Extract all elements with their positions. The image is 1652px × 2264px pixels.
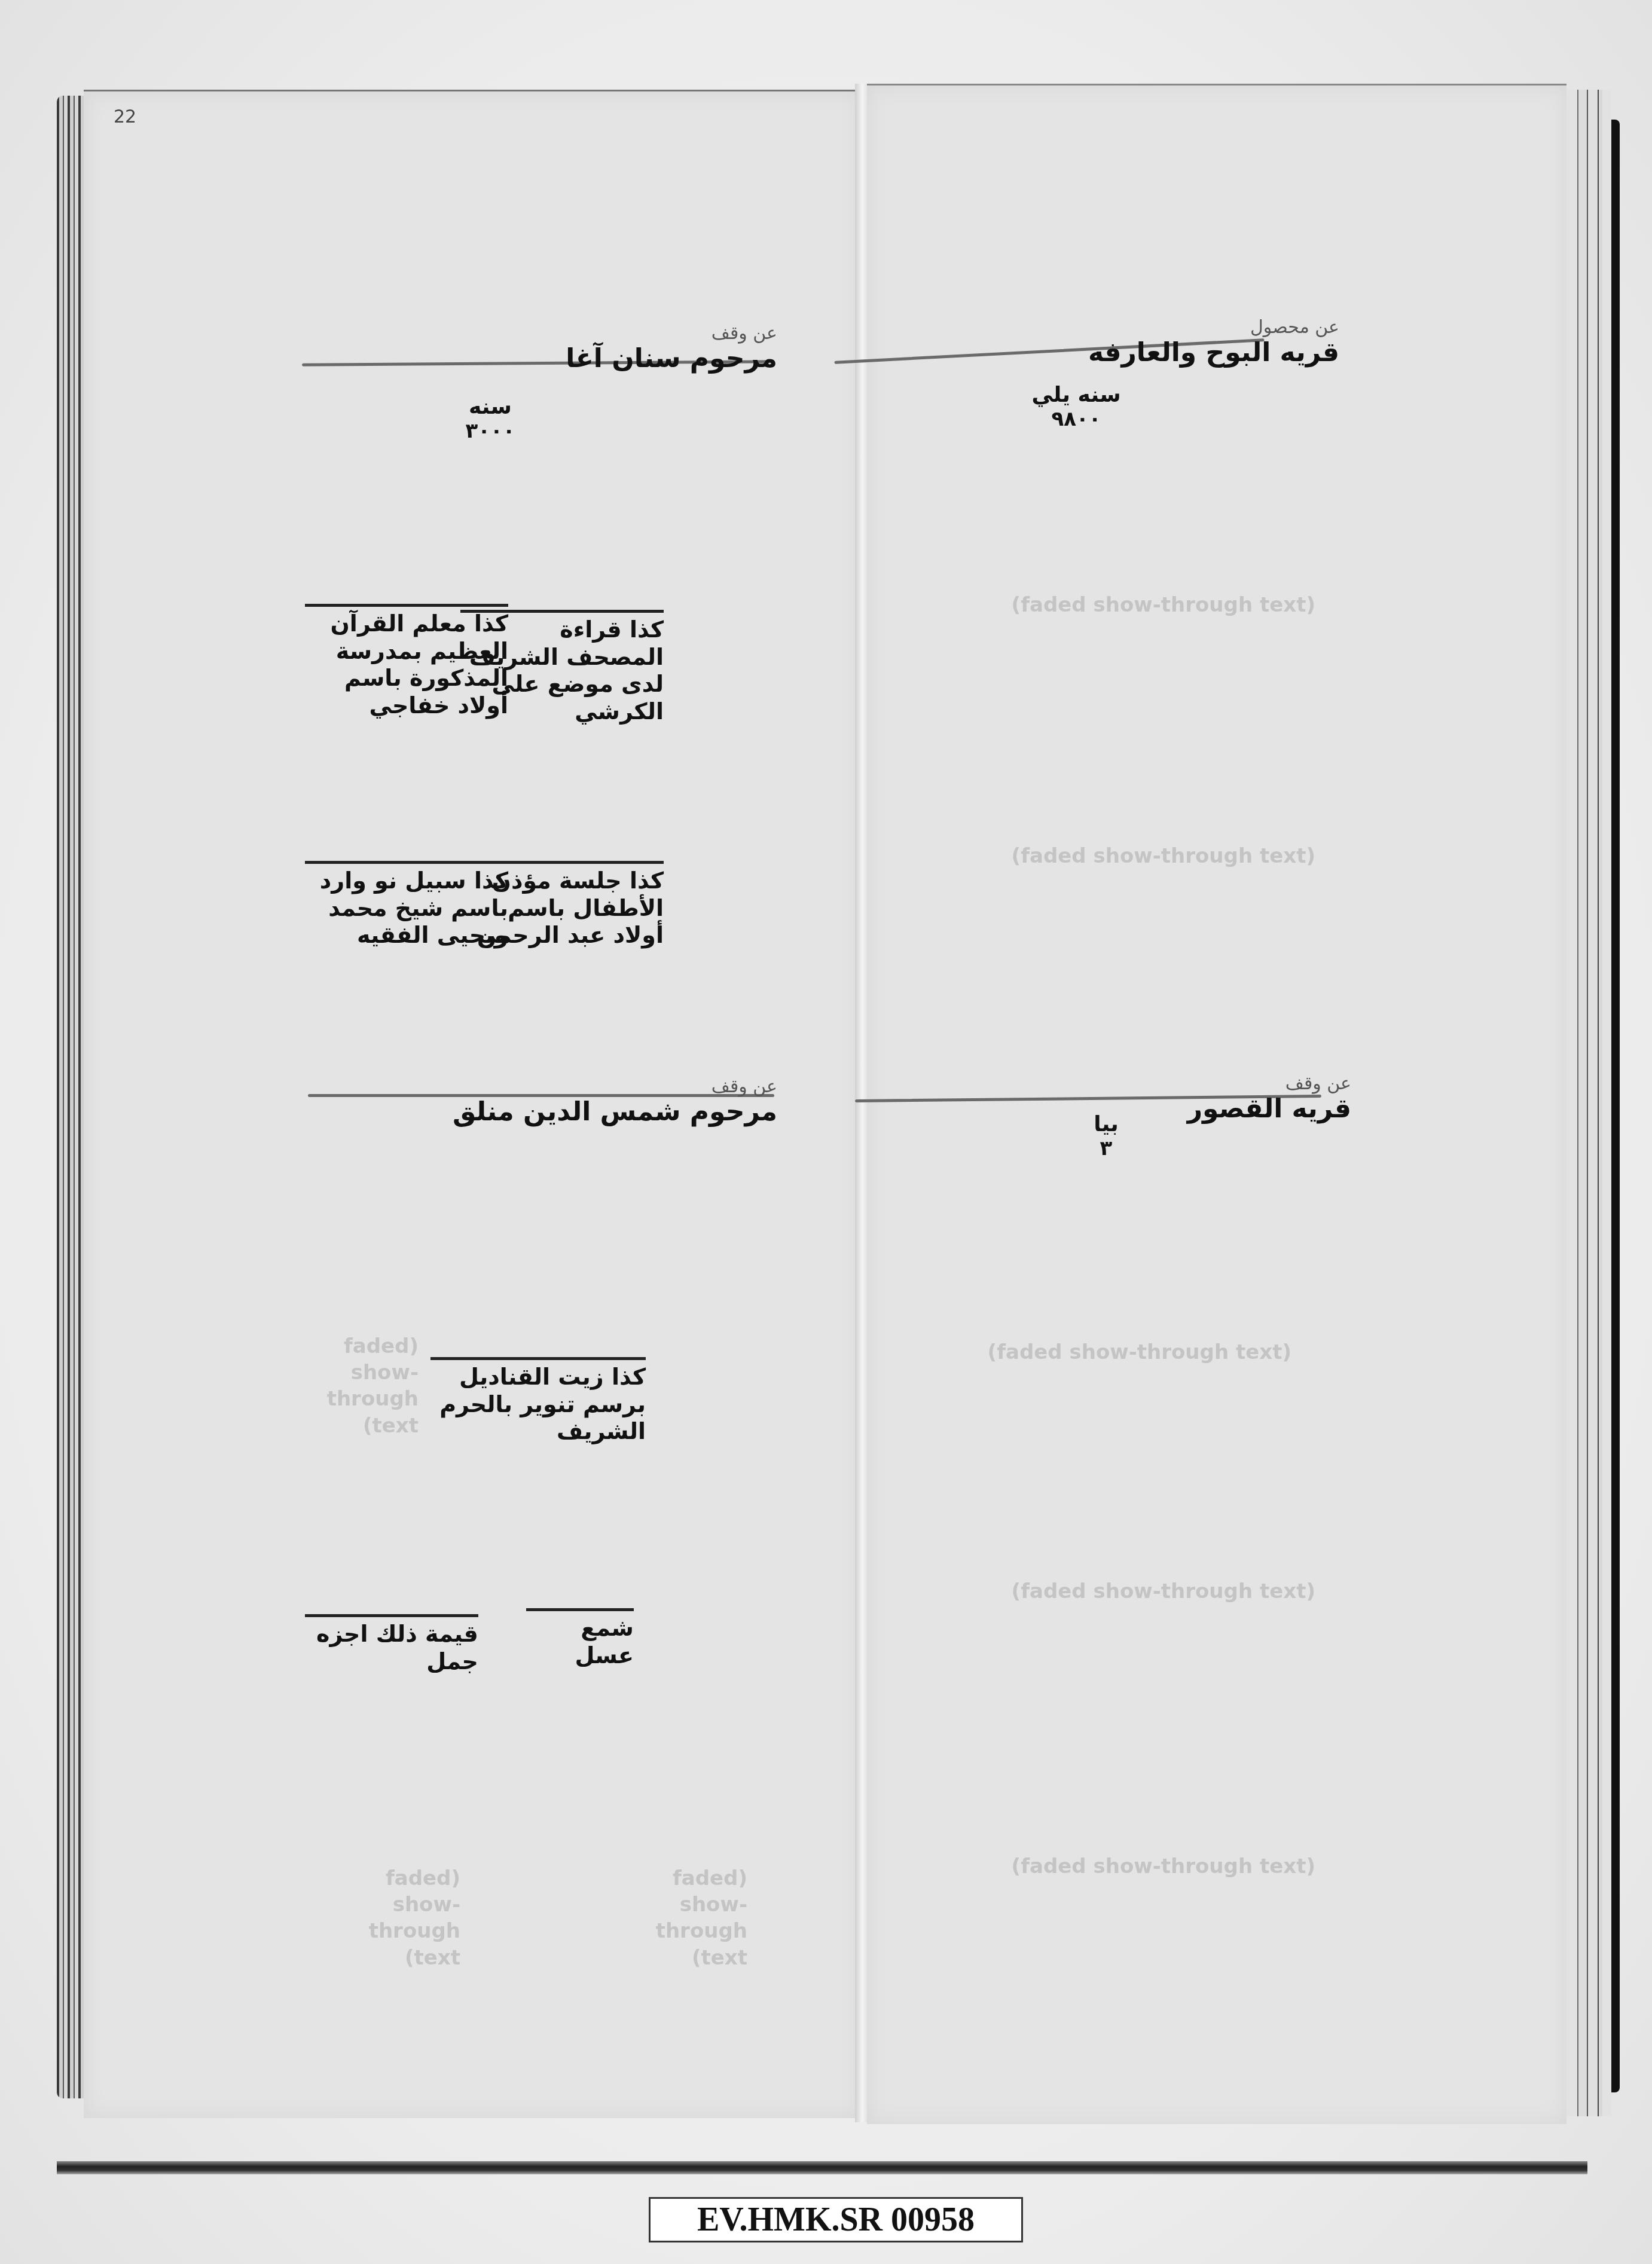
ledger-item-lamp-oil: كذا زيت القناديل برسم تنوير بالحرم الشري…: [430, 1357, 646, 1446]
entry-year-label: سنه يلي: [1004, 383, 1148, 407]
entry-year-label: سنه: [419, 395, 562, 419]
ledger-entry-amount: سنه ٣٠٠٠: [419, 395, 562, 443]
ledger-entry-shams-al-din: عن وقف مرحوم شمس الدين منلق: [430, 1076, 777, 1128]
item-text: كذا معلم القرآن العظيم بمدرسة المذكورة ب…: [330, 610, 508, 719]
entry-year-label: بيا: [1070, 1112, 1142, 1136]
item-text: قيمة ذلك اجزه جمل: [316, 1621, 478, 1675]
entry-heading: مرحوم شمس الدين منلق: [430, 1097, 777, 1128]
item-text: شمع عسل: [575, 1615, 634, 1669]
right-page-edges: [1567, 90, 1611, 2116]
open-book-spread: [57, 84, 1611, 2116]
entry-heading: مرحوم سنان آغا: [419, 344, 777, 374]
entry-prefix: عن وقف: [430, 1076, 777, 1097]
show-through-text: (faded show-through text): [311, 1865, 460, 1971]
ledger-entry-amount: سنه يلي ٩٨٠٠: [1004, 383, 1148, 431]
ledger-item-beeswax: شمع عسل: [526, 1608, 634, 1669]
show-through-text: (faded show-through text): [849, 592, 1315, 618]
show-through-text: (faded show-through text): [311, 1333, 419, 1439]
ledger-entry-village-qusur: عن وقف قريه القصور: [1124, 1073, 1351, 1125]
item-text: كذا زيت القناديل برسم تنوير بالحرم الشري…: [439, 1364, 646, 1444]
entry-prefix: عن وقف: [419, 323, 777, 344]
scanner-shadow-band: [57, 2161, 1587, 2174]
entry-prefix: عن محصول: [1004, 317, 1339, 338]
ledger-item-value: قيمة ذلك اجزه جمل: [305, 1614, 478, 1675]
entry-amount: ٣: [1070, 1136, 1142, 1160]
ledger-entry-village-buh: عن محصول قريه البوح والعارفه: [1004, 317, 1339, 368]
ledger-item-sebil: كذا سبيل نو وارد باسم شيخ محمد ويحيى الف…: [305, 861, 508, 949]
entry-prefix: عن وقف: [1124, 1073, 1351, 1094]
ledger-entry-sinan-agha: عن وقف مرحوم سنان آغا: [419, 323, 777, 374]
show-through-text: (faded show-through text): [897, 1578, 1315, 1605]
entry-amount: ٩٨٠٠: [1004, 407, 1148, 431]
item-text: كذا سبيل نو وارد باسم شيخ محمد ويحيى الف…: [320, 867, 508, 948]
folio-number: 22: [114, 106, 136, 127]
show-through-text: (faded show-through text): [849, 843, 1315, 869]
entry-amount: ٣٠٠٠: [419, 419, 562, 443]
ledger-entry-amount: بيا ٣: [1070, 1112, 1142, 1160]
book-cover-edge: [1611, 120, 1620, 2092]
entry-heading: قريه القصور: [1124, 1094, 1351, 1125]
show-through-text: (faded show-through text): [873, 1339, 1291, 1365]
show-through-text: (faded show-through text): [598, 1865, 747, 1971]
left-page-edges: [57, 96, 84, 2098]
ledger-item-quran-teacher: كذا معلم القرآن العظيم بمدرسة المذكورة ب…: [305, 604, 508, 719]
entry-heading: قريه البوح والعارفه: [1004, 338, 1339, 368]
show-through-text: (faded show-through text): [897, 1853, 1315, 1880]
archive-shelfmark-label: EV.HMK.SR 00958: [649, 2197, 1023, 2242]
